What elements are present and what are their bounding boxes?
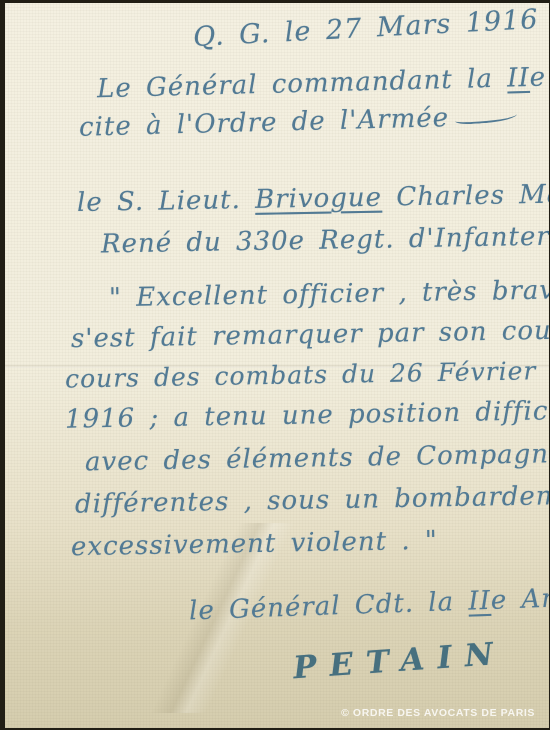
recipient-given-names: Charles Marie [382,179,549,213]
citation-line-7: excessivement violent . " [71,526,438,562]
heading-line-1-post: e Armée [529,60,549,93]
closing-post: e Armée [490,582,549,616]
citation-line-4: 1916 ; a tenu une position difficile , [65,395,549,434]
heading-line-1-underlined: II [507,63,530,94]
copyright-watermark: © ORDRE DES AVOCATS DE PARIS [341,707,535,719]
closing-pre: le Général Cdt. la [189,587,469,627]
citation-line-2: s'est fait remarquer par son courage au [71,314,549,354]
recipient-line-2: René du 330e Regt. d'Infanterie [101,220,549,259]
date-line: Q. G. le 27 Mars 1916 [192,4,539,53]
recipient-rank: le S. Lieut. [77,185,256,218]
citation-line-6: différentes , sous un bombardement [75,480,549,519]
pen-flourish [455,109,518,125]
recipient-regiment: René du 330e Regt. d'Infanterie [101,221,549,259]
recipient-line-1: le S. Lieut. Brivogue Charles Marie [77,178,549,218]
heading-line-2-text: cite à l'Ordre de l'Armée [79,103,450,143]
recipient-name: Brivogue [255,183,382,215]
closing-line: le Général Cdt. la IIe Armée [189,582,549,627]
citation-line-3: cours des combats du 26 Février au 3 Mar… [65,353,549,393]
closing-underlined: II [468,586,492,617]
petain-signature: PETAIN [292,636,507,687]
citation-line-5: avec des éléments de Compagnies [85,439,549,478]
heading-line-1-pre: Le Général commandant la [97,64,508,105]
heading-line-2: cite à l'Ordre de l'Armée [79,101,518,142]
letter-page: Q. G. le 27 Mars 1916 Le Général command… [5,3,549,728]
citation-line-1: " Excellent officier , très brave ; [109,275,549,313]
heading-line-1: Le Général commandant la IIe Armée [97,60,549,105]
